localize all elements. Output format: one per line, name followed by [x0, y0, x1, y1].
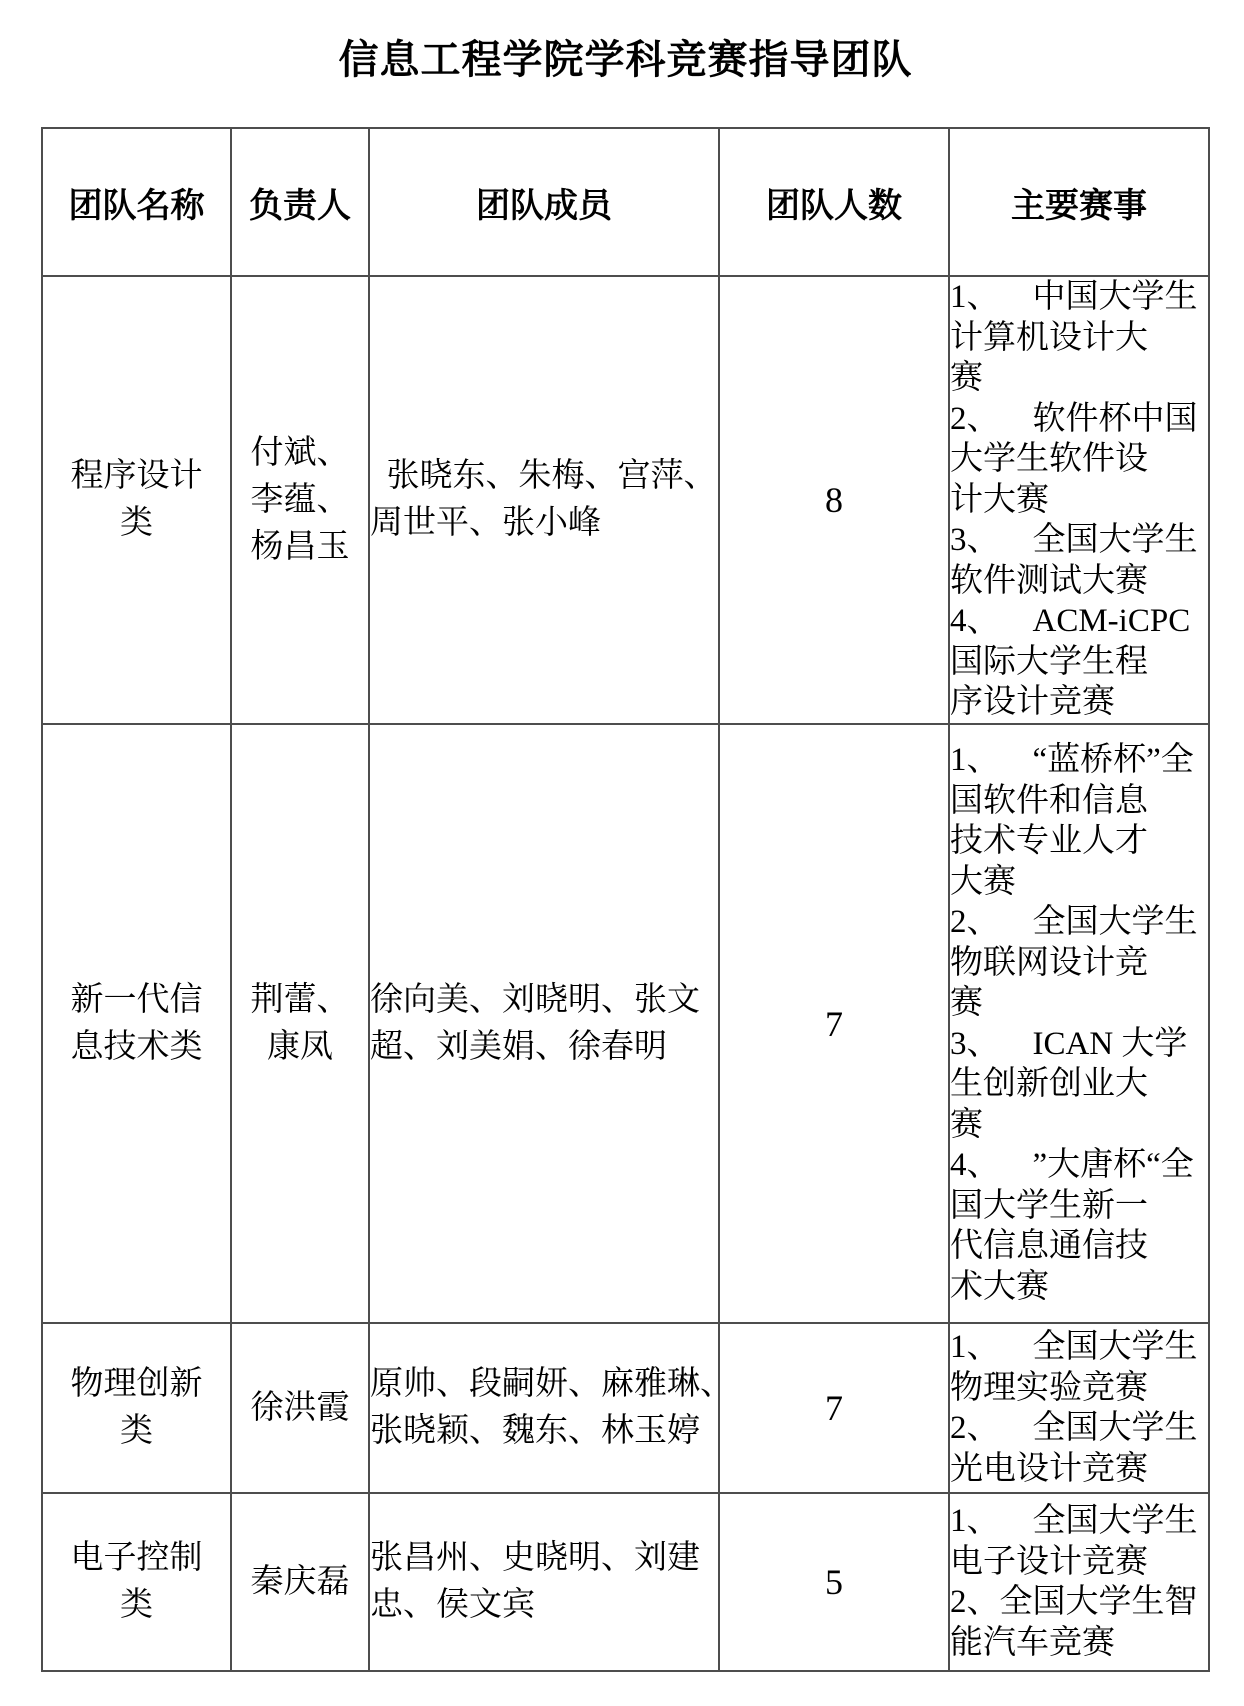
table-row-electronics: 电子控制 类 秦庆磊 张昌州、史晓明、刘建 忠、侯文宾 5 1、 全国大学生 电… — [42, 1493, 1209, 1671]
team-count-cell: 7 — [719, 1323, 949, 1493]
team-count-cell: 5 — [719, 1493, 949, 1671]
document-page: 信息工程学院学科竞赛指导团队 团队名称 负责人 团队成员 团队人数 主要赛事 程… — [0, 0, 1244, 1706]
table-row-physics: 物理创新 类 徐洪霞 原帅、段嗣妍、麻雅琳、 张晓颖、魏东、林玉婷 7 1、 全… — [42, 1323, 1209, 1493]
column-header-count: 团队人数 — [719, 128, 949, 276]
table-row-new-gen-it: 新一代信 息技术类 荆蕾、 康凤 徐向美、刘晓明、张文 超、刘美娟、徐春明 7 … — [42, 724, 1209, 1323]
event-item: 4、 ”大唐杯“全 国大学生新一 代信息通信技 术大赛 — [950, 1145, 1208, 1307]
column-header-leader: 负责人 — [231, 128, 369, 276]
event-item: 1、 全国大学生 电子设计竞赛 — [950, 1501, 1208, 1582]
table-header: 团队名称 负责人 团队成员 团队人数 主要赛事 — [42, 128, 1209, 276]
event-item: 2、 软件杯中国 大学生软件设 计大赛 — [950, 399, 1208, 521]
team-name-cell: 电子控制 类 — [42, 1493, 231, 1671]
event-item: 3、 ICAN 大学 生创新创业大 赛 — [950, 1024, 1208, 1146]
column-header-events: 主要赛事 — [949, 128, 1209, 276]
team-leader-cell: 付斌、 李蕴、 杨昌玉 — [231, 276, 369, 724]
team-events-cell: 1、 全国大学生 电子设计竞赛 2、全国大学生智 能汽车竞赛 — [949, 1493, 1209, 1671]
team-name-cell: 程序设计 类 — [42, 276, 231, 724]
team-events-cell: 1、 中国大学生 计算机设计大 赛 2、 软件杯中国 大学生软件设 计大赛 3、… — [949, 276, 1209, 724]
event-item: 1、 全国大学生 物理实验竞赛 — [950, 1327, 1208, 1408]
team-leader-cell: 荆蕾、 康凤 — [231, 724, 369, 1323]
table-row-programming: 程序设计 类 付斌、 李蕴、 杨昌玉 张晓东、朱梅、宫萍、 周世平、张小峰 8 … — [42, 276, 1209, 724]
column-header-members: 团队成员 — [369, 128, 719, 276]
competition-teams-table: 团队名称 负责人 团队成员 团队人数 主要赛事 程序设计 类 付斌、 李蕴、 杨… — [41, 127, 1210, 1672]
page-title: 信息工程学院学科竞赛指导团队 — [42, 36, 1209, 84]
table-header-row: 团队名称 负责人 团队成员 团队人数 主要赛事 — [42, 128, 1209, 276]
team-members-cell: 张晓东、朱梅、宫萍、 周世平、张小峰 — [369, 276, 719, 724]
event-item: 2、全国大学生智 能汽车竞赛 — [950, 1582, 1208, 1663]
team-events-cell: 1、 “蓝桥杯”全 国软件和信息 技术专业人才 大赛 2、 全国大学生 物联网设… — [949, 724, 1209, 1323]
event-item: 2、 全国大学生 光电设计竞赛 — [950, 1408, 1208, 1489]
team-events-cell: 1、 全国大学生 物理实验竞赛 2、 全国大学生 光电设计竞赛 — [949, 1323, 1209, 1493]
event-item: 3、 全国大学生 软件测试大赛 — [950, 520, 1208, 601]
team-leader-cell: 徐洪霞 — [231, 1323, 369, 1493]
team-name-cell: 物理创新 类 — [42, 1323, 231, 1493]
team-members-cell: 原帅、段嗣妍、麻雅琳、 张晓颖、魏东、林玉婷 — [369, 1323, 719, 1493]
team-leader-cell: 秦庆磊 — [231, 1493, 369, 1671]
team-name-cell: 新一代信 息技术类 — [42, 724, 231, 1323]
team-members-cell: 徐向美、刘晓明、张文 超、刘美娟、徐春明 — [369, 724, 719, 1323]
event-item: 2、 全国大学生 物联网设计竞 赛 — [950, 902, 1208, 1024]
event-item: 1、 中国大学生 计算机设计大 赛 — [950, 277, 1208, 399]
event-item: 4、 ACM-iCPC 国际大学生程 序设计竞赛 — [950, 601, 1208, 723]
table-body: 程序设计 类 付斌、 李蕴、 杨昌玉 张晓东、朱梅、宫萍、 周世平、张小峰 8 … — [42, 276, 1209, 1671]
team-count-cell: 8 — [719, 276, 949, 724]
event-item: 1、 “蓝桥杯”全 国软件和信息 技术专业人才 大赛 — [950, 740, 1208, 902]
column-header-team-name: 团队名称 — [42, 128, 231, 276]
team-members-cell: 张昌州、史晓明、刘建 忠、侯文宾 — [369, 1493, 719, 1671]
team-count-cell: 7 — [719, 724, 949, 1323]
